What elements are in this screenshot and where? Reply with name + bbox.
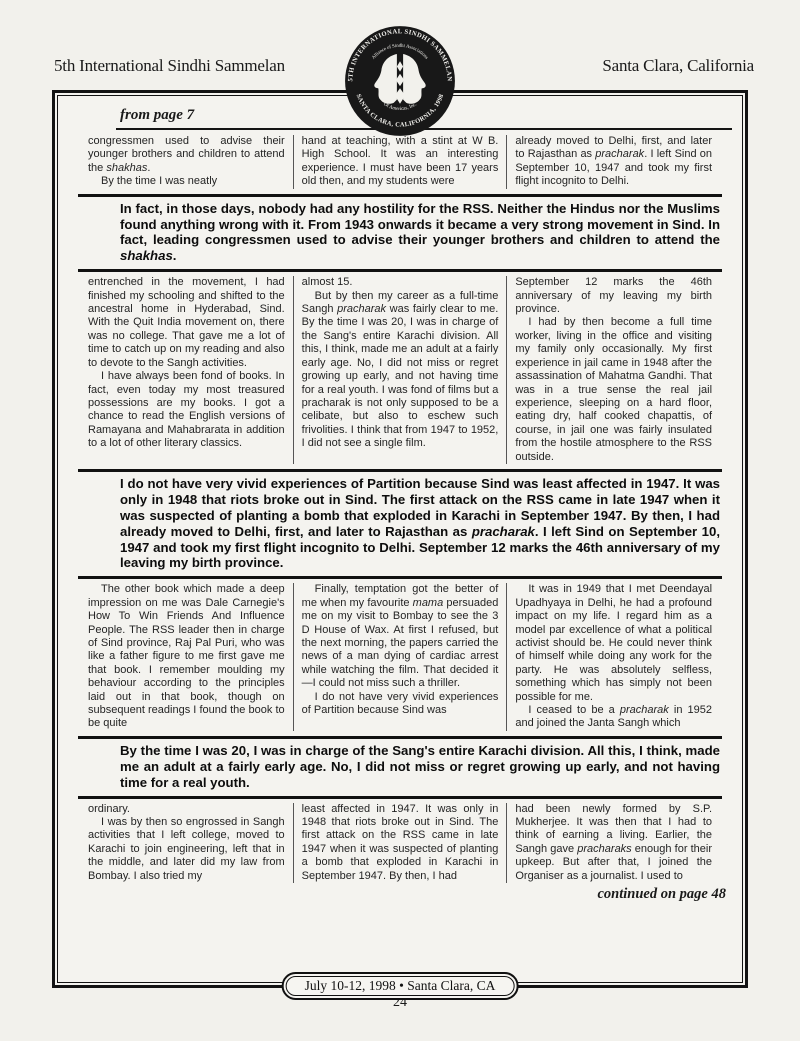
column: ordinary. I was by then so engrossed in … [80, 803, 293, 883]
paragraph: It was in 1949 that I met Deendayal Upad… [515, 583, 712, 704]
paragraph: I do not have very vivid experiences of … [302, 691, 499, 718]
column-block-3: The other book which made a deep impress… [80, 583, 720, 730]
section-rule [78, 194, 722, 197]
paragraph: already moved to Delhi, first, and later… [515, 135, 712, 189]
column: The other book which made a deep impress… [80, 583, 293, 730]
paragraph: I ceased to be a pracharak in 1952 and j… [515, 704, 712, 731]
section-rule [78, 796, 722, 799]
paragraph: congressmen used to advise their younger… [88, 135, 285, 175]
event-date-badge-text: July 10-12, 1998 • Santa Clara, CA [286, 976, 515, 996]
paragraph: almost 15. [302, 276, 499, 289]
column: September 12 marks the 46th anniversary … [506, 276, 720, 464]
section-rule [78, 269, 722, 272]
column-block-2: entrenched in the movement, I had finish… [80, 276, 720, 464]
paragraph: ordinary. [88, 803, 285, 816]
column: It was in 1949 that I met Deendayal Upad… [506, 583, 720, 730]
continued-note: continued on page 48 [58, 886, 726, 903]
paragraph: had been newly formed by S.P. Mukherjee.… [515, 803, 712, 883]
paragraph: I had by then become a full time worker,… [515, 316, 712, 463]
column: had been newly formed by S.P. Mukherjee.… [506, 803, 720, 883]
section-rule [78, 469, 722, 472]
paragraph: Finally, temptation got the better of me… [302, 583, 499, 690]
pull-quote-1: In fact, in those days, nobody had any h… [120, 201, 720, 265]
column: least affected in 1947. It was only in 1… [293, 803, 507, 883]
column: entrenched in the movement, I had finish… [80, 276, 293, 464]
paragraph: entrenched in the movement, I had finish… [88, 276, 285, 370]
sammelan-logo: 5TH INTERNATIONAL SINDHI SAMMELAN SANTA … [343, 24, 457, 138]
page-frame-inner: from page 7 congressmen used to advise t… [57, 95, 743, 983]
paragraph: September 12 marks the 46th anniversary … [515, 276, 712, 316]
paragraph: I have always been fond of books. In fac… [88, 370, 285, 450]
paragraph: But by then my career as a full-time San… [302, 290, 499, 451]
section-rule [78, 736, 722, 739]
column-block-4: ordinary. I was by then so engrossed in … [80, 803, 720, 883]
paragraph: By the time I was neatly [88, 175, 285, 188]
publication-title: 5th International Sindhi Sammelan [54, 56, 285, 76]
section-rule [78, 576, 722, 579]
paragraph: The other book which made a deep impress… [88, 583, 285, 730]
paragraph: I was by then so engrossed in Sangh acti… [88, 816, 285, 883]
column: congressmen used to advise their younger… [80, 135, 293, 189]
column-block-1: congressmen used to advise their younger… [80, 135, 720, 189]
publication-location: Santa Clara, California [602, 56, 754, 76]
paragraph: hand at teaching, with a stint at W B. H… [302, 135, 499, 189]
column: already moved to Delhi, first, and later… [506, 135, 720, 189]
column: almost 15. But by then my career as a fu… [293, 276, 507, 464]
column: Finally, temptation got the better of me… [293, 583, 507, 730]
pull-quote-3: By the time I was 20, I was in charge of… [120, 743, 720, 791]
column: hand at teaching, with a stint at W B. H… [293, 135, 507, 189]
page-frame: from page 7 congressmen used to advise t… [52, 90, 748, 988]
event-date-badge: July 10-12, 1998 • Santa Clara, CA [282, 972, 519, 1000]
paragraph: least affected in 1947. It was only in 1… [302, 803, 499, 883]
pull-quote-2: I do not have very vivid experiences of … [120, 476, 720, 571]
